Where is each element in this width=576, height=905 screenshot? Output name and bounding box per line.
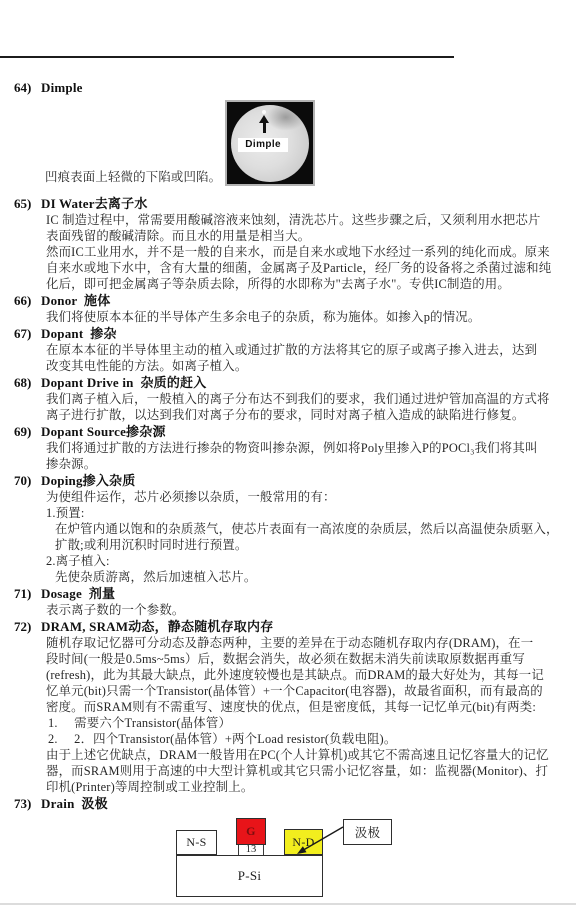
body-line: 掺杂源。 xyxy=(46,456,576,472)
entry-heading: 72)DRAM, SRAM动态，静态随机存取内存 xyxy=(0,618,576,635)
body-line: 器，而SRAM则用于高速的中大型计算机或其它只需小记忆容量，如：监视器(Moni… xyxy=(46,763,576,779)
body-line: 段时间(一般是0.5ms~5ms）后，数据会消失，故必须在数据未消失前读取原数据… xyxy=(46,651,576,667)
body-line: 1. 需要六个Transistor(晶体管） xyxy=(48,715,576,731)
glossary-entry: 73)Drain 汲极N-SG13N-DP-Si汲极 xyxy=(0,795,576,898)
body-line: (refresh)，此为其最大缺点，此外速度较慢也是其缺点。而DRAM的最大好处… xyxy=(46,667,576,683)
body-line: IC 制造过程中，常需要用酸碱溶液来蚀刻，清洗芯片。这些步骤之后，又须利用水把芯… xyxy=(46,212,576,228)
body-line: 2.离子植入: xyxy=(46,553,576,569)
glossary-entries: 64)Dimple凹痕表面上轻微的下陷或凹陷。Dimple65)DI Water… xyxy=(0,79,576,898)
entry-number: 68) xyxy=(14,374,31,391)
body-line: 扩散;或利用沉积时同时进行预置。 xyxy=(55,537,576,553)
body-line: 在炉管内通以饱和的杂质蒸气，使芯片表面有一高浓度的杂质层，然后以高温使杂质驱入， xyxy=(55,521,576,537)
entry-title: DI Water去离子水 xyxy=(41,196,148,211)
entry-title: Donor 施体 xyxy=(41,293,110,308)
glossary-entry: 70)Doping掺入杂质为使组件运作，芯片必须掺以杂质，一般常用的有：1.预置… xyxy=(0,472,576,585)
page-top-rule xyxy=(0,56,454,58)
body-line: 我们将通过扩散的方法进行掺杂的物资叫掺杂源，例如将Poly里掺入P的POCl₃我… xyxy=(46,440,576,456)
wafer-figure-row: 凹痕表面上轻微的下陷或凹陷。Dimple xyxy=(0,100,576,186)
body-line: 改变其电性能的方法。如离子植入。 xyxy=(46,358,576,374)
body-line: 为使组件运作，芯片必须掺以杂质，一般常用的有： xyxy=(46,489,576,505)
entry-heading: 69)Dopant Source掺杂源 xyxy=(0,423,576,440)
body-line: 我们离子植入后，一般植入的离子分布达不到我们的要求，我们通过进炉管加高温的方式将 xyxy=(46,391,576,407)
body-line: 由于上述它优缺点，DRAM一般皆用在PC(个人计算机)或其它不需高速且记忆容量大… xyxy=(46,747,576,763)
callout-arrow-icon xyxy=(176,818,396,898)
mosfet-diagram: N-SG13N-DP-Si汲极 xyxy=(176,818,396,898)
body-line: 我们将使原本本征的半导体产生多余电子的杂质，称为施体。如掺入p的情况。 xyxy=(46,309,576,325)
entry-heading: 64)Dimple xyxy=(0,79,576,96)
document-page: 64)Dimple凹痕表面上轻微的下陷或凹陷。Dimple65)DI Water… xyxy=(0,0,576,905)
body-line: 表示离子数的一个参数。 xyxy=(46,602,576,618)
body-line: 自来水或地下水中，含有大量的细菌，金属离子及Particle，经厂务的设备将之杀… xyxy=(46,260,576,276)
body-line: 印机(Printer)等周控制或工业控制上。 xyxy=(46,779,576,795)
glossary-entry: 65)DI Water去离子水IC 制造过程中，常需要用酸碱溶液来蚀刻，清洗芯片… xyxy=(0,195,576,292)
body-line: 随机存取记忆器可分动态及静态两种，主要的差异在于动态随机存取内存(DRAM)，在… xyxy=(46,635,576,651)
body-line: 2. 2．四个Transistor(晶体管）+两个Load resistor(负… xyxy=(48,731,576,747)
entry-title: Dopant 掺杂 xyxy=(41,326,117,341)
entry-number: 65) xyxy=(14,195,31,212)
entry-title: Doping掺入杂质 xyxy=(41,473,135,488)
entry-heading: 66)Donor 施体 xyxy=(0,292,576,309)
entry-title: Dimple xyxy=(41,80,83,95)
body-line: 化后，即可把金属离子等杂质去除，所得的水即称为"去离子水"。专供IC制造的用。 xyxy=(46,276,576,292)
entry-heading: 67)Dopant 掺杂 xyxy=(0,325,576,342)
entry-heading: 70)Doping掺入杂质 xyxy=(0,472,576,489)
entry-number: 73) xyxy=(14,795,31,812)
body-line: 1.预置: xyxy=(46,505,576,521)
entry-heading: 71)Dosage 剂量 xyxy=(0,585,576,602)
entry-number: 69) xyxy=(14,423,31,440)
glossary-entry: 66)Donor 施体我们将使原本本征的半导体产生多余电子的杂质，称为施体。如掺… xyxy=(0,292,576,325)
glossary-entry: 67)Dopant 掺杂在原本本征的半导体里主动的植入或通过扩散的方法将其它的原… xyxy=(0,325,576,374)
entry-title: Drain 汲极 xyxy=(41,796,108,811)
up-arrow-icon xyxy=(258,115,270,134)
entry-title: DRAM, SRAM动态，静态随机存取内存 xyxy=(41,619,273,634)
entry-heading: 65)DI Water去离子水 xyxy=(0,195,576,212)
entry-number: 72) xyxy=(14,618,31,635)
glossary-entry: 72)DRAM, SRAM动态，静态随机存取内存随机存取记忆器可分动态及静态两种… xyxy=(0,618,576,795)
entry-title: Dopant Drive in 杂质的赶入 xyxy=(41,375,206,390)
figure-caption: 凹痕表面上轻微的下陷或凹陷。 xyxy=(45,167,221,185)
wafer-photo: Dimple xyxy=(225,100,315,186)
dimple-label: Dimple xyxy=(238,138,288,152)
glossary-entry: 71)Dosage 剂量表示离子数的一个参数。 xyxy=(0,585,576,618)
body-line: 然而IC工业用水，并不是一般的自来水，而是自来水或地下水经过一系列的纯化而成。原… xyxy=(46,244,576,260)
entry-number: 64) xyxy=(14,79,31,96)
glossary-entry: 69)Dopant Source掺杂源我们将通过扩散的方法进行掺杂的物资叫掺杂源… xyxy=(0,423,576,472)
entry-heading: 68)Dopant Drive in 杂质的赶入 xyxy=(0,374,576,391)
entry-number: 66) xyxy=(14,292,31,309)
body-line: 在原本本征的半导体里主动的植入或通过扩散的方法将其它的原子或离子掺入进去，达到 xyxy=(46,342,576,358)
entry-title: Dopant Source掺杂源 xyxy=(41,424,166,439)
body-line: 离子进行扩散，以达到我们对离子分布的要求，同时对离子植入造成的缺陷进行修复。 xyxy=(46,407,576,423)
entry-heading: 73)Drain 汲极 xyxy=(0,795,576,812)
entry-number: 71) xyxy=(14,585,31,602)
arrow-stem xyxy=(263,122,266,133)
body-line: 先使杂质游离，然后加速植入芯片。 xyxy=(55,569,576,585)
entry-number: 70) xyxy=(14,472,31,489)
body-line: 表面残留的酸碱清除。而且水的用量是相当大。 xyxy=(46,228,576,244)
body-line: 忆单元(bit)只需一个Transistor(晶体管）+一个Capacitor(… xyxy=(46,683,576,699)
entry-title: Dosage 剂量 xyxy=(41,586,115,601)
body-line: 密度。而SRAM则有不需重写、速度快的优点，但是密度低，其每一记忆单元(bit)… xyxy=(46,699,576,715)
entry-number: 67) xyxy=(14,325,31,342)
glossary-entry: 68)Dopant Drive in 杂质的赶入我们离子植入后，一般植入的离子分… xyxy=(0,374,576,423)
glossary-entry: 64)Dimple凹痕表面上轻微的下陷或凹陷。Dimple xyxy=(0,79,576,186)
